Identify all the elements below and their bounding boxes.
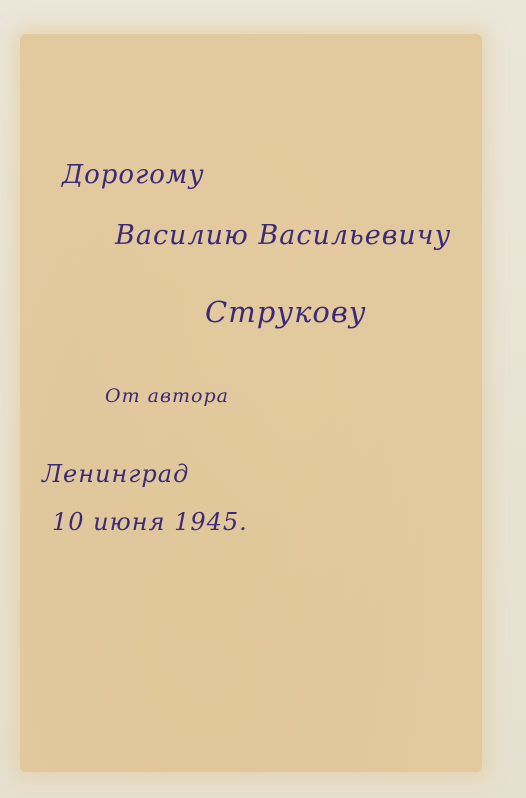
inscription-place: Ленинград bbox=[42, 460, 189, 488]
inscription-from-author: От автора bbox=[105, 385, 229, 407]
inscription-addressee-surname: Струкову bbox=[205, 295, 367, 329]
inscription-date: 10 июня 1945. bbox=[52, 508, 248, 536]
inscription-addressee-name: Василию Васильевичу bbox=[115, 220, 451, 251]
paper-sheet: Дорогому Василию Васильевичу Струкову От… bbox=[0, 0, 526, 798]
inscription-salutation: Дорогому bbox=[62, 160, 205, 190]
aged-paper-stain bbox=[20, 34, 482, 772]
